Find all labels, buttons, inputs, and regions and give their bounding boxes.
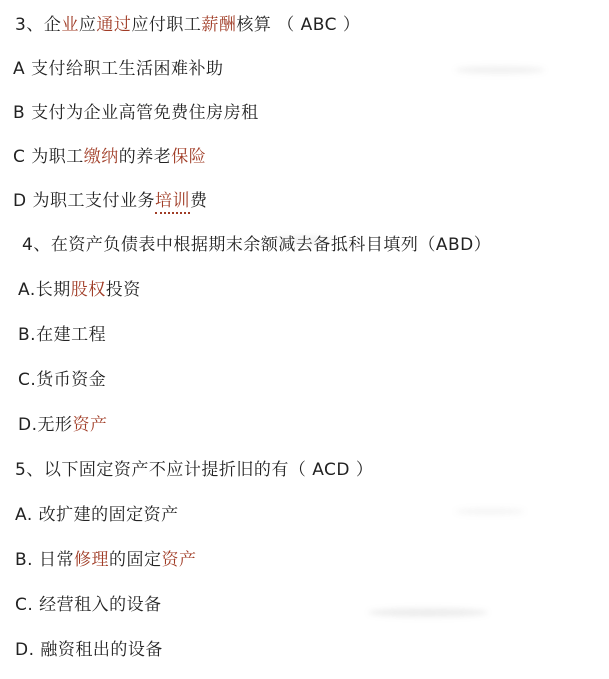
question-3-option-c: C 为职工缴纳的养老保险 [0, 146, 609, 168]
text-segment: D.无形 [18, 415, 73, 435]
text-segment: 核算 （ ABC ） [236, 15, 360, 35]
text-segment: 3、企 [15, 15, 61, 35]
text-segment: C. 经营租入的设备 [15, 595, 162, 615]
question-5-option-d: D. 融资租出的设备 [0, 639, 609, 661]
highlighted-text: 薪酬 [201, 15, 236, 35]
question-4-option-d: D.无形资产 [0, 414, 609, 436]
question-3-option-b: B 支付为企业高管免费住房房租 [0, 102, 609, 124]
text-segment: C 为职工 [13, 147, 84, 167]
text-segment: A.长期 [18, 280, 71, 300]
question-5-option-c: C. 经营租入的设备 [0, 594, 609, 616]
text-segment: 费 [190, 191, 208, 211]
question-block-4: 4、在资产负债表中根据期末余额减去备抵科目填列（ABD） A.长期股权投资 B.… [0, 234, 609, 436]
text-segment: D. 融资租出的设备 [15, 640, 163, 660]
question-4-title: 4、在资产负债表中根据期末余额减去备抵科目填列（ABD） [0, 234, 609, 256]
question-block-5: 5、以下固定资产不应计提折旧的有（ ACD ） A. 改扩建的固定资产 B. 日… [0, 459, 609, 661]
highlighted-text: 股权 [71, 280, 106, 300]
text-segment: 5、以下固定资产不应计提折旧的有（ ACD ） [15, 460, 373, 480]
text-segment: B.在建工程 [18, 325, 106, 345]
highlighted-text: 培训 [155, 191, 190, 214]
question-4-option-c: C.货币资金 [0, 369, 609, 391]
question-5-title: 5、以下固定资产不应计提折旧的有（ ACD ） [0, 459, 609, 481]
highlighted-text: 资产 [73, 415, 108, 435]
text-segment: A 支付给职工生活困难补助 [13, 59, 224, 79]
question-3-option-a: A 支付给职工生活困难补助 [0, 58, 609, 80]
question-3-title: 3、企业应通过应付职工薪酬核算 （ ABC ） [0, 14, 609, 36]
text-segment: 的养老 [119, 147, 172, 167]
question-5-option-b: B. 日常修理的固定资产 [0, 549, 609, 571]
text-segment: B. 日常 [15, 550, 74, 570]
question-block-3: 3、企业应通过应付职工薪酬核算 （ ABC ） A 支付给职工生活困难补助 B … [0, 14, 609, 212]
question-4-option-a: A.长期股权投资 [0, 279, 609, 301]
question-4-option-b: B.在建工程 [0, 324, 609, 346]
highlighted-text: 通过 [96, 15, 131, 35]
text-segment: 的固定 [109, 550, 162, 570]
highlighted-text: 修理 [74, 550, 109, 570]
question-3-option-d: D 为职工支付业务培训费 [0, 190, 609, 212]
question-5-option-a: A. 改扩建的固定资产 [0, 504, 609, 526]
text-segment: A. 改扩建的固定资产 [15, 505, 179, 525]
quiz-document: 3、企业应通过应付职工薪酬核算 （ ABC ） A 支付给职工生活困难补助 B … [0, 0, 609, 679]
text-segment: D 为职工支付业务 [13, 191, 155, 211]
highlighted-text: 业 [61, 15, 79, 35]
highlighted-text: 资产 [161, 550, 196, 570]
text-segment: 应付职工 [131, 15, 201, 35]
text-segment: C.货币资金 [18, 370, 106, 390]
text-segment: B 支付为企业高管免费住房房租 [13, 103, 259, 123]
highlighted-text: 保险 [171, 147, 206, 167]
highlighted-text: 缴纳 [84, 147, 119, 167]
text-segment: 4、在资产负债表中根据期末余额减去备抵科目填列（ABD） [22, 235, 491, 255]
text-segment: 投资 [106, 280, 141, 300]
text-segment: 应 [79, 15, 97, 35]
